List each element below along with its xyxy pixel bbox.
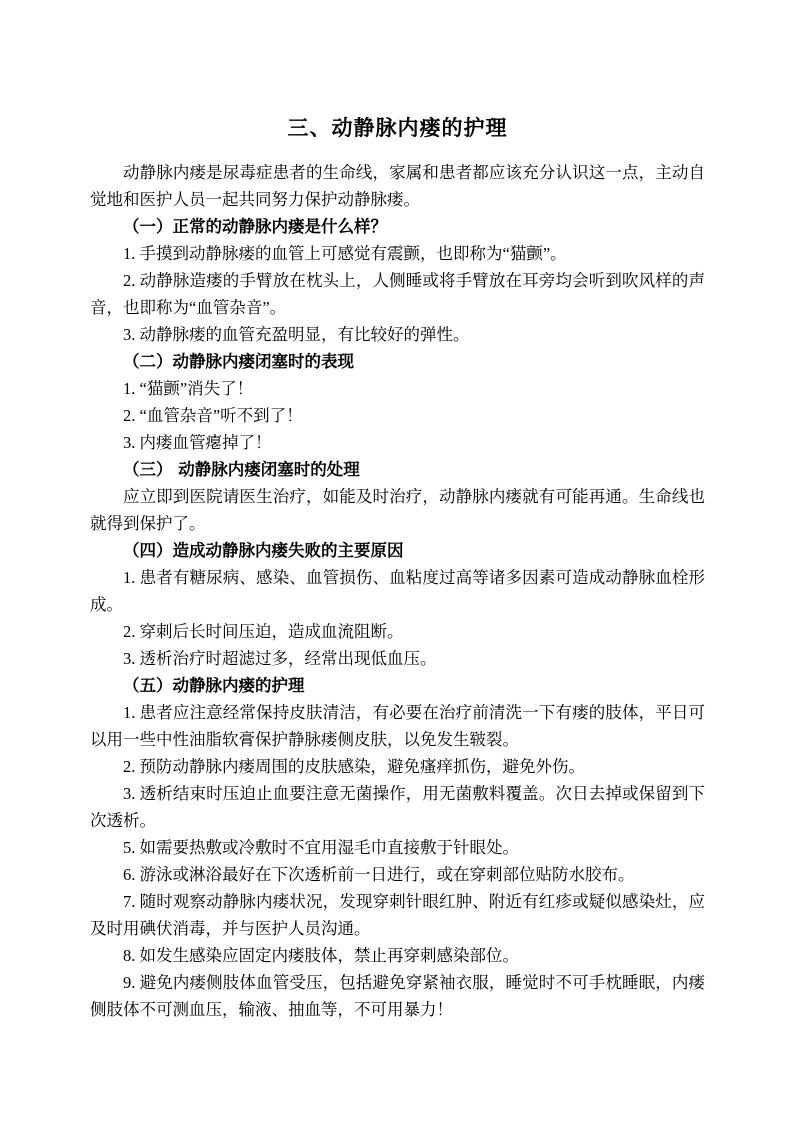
section-2-heading: （二）动静脉内瘘闭塞时的表现 xyxy=(90,348,705,375)
section-4-heading: （四）造成动静脉内瘘失败的主要原因 xyxy=(90,537,705,564)
doc-title: 三、动静脉内瘘的护理 xyxy=(90,112,705,144)
list-item: 2. 预防动静脉内瘘周围的皮肤感染，避免瘙痒抓伤，避免外伤。 xyxy=(90,753,705,780)
list-item: 2. 穿刺后长时间压迫，造成血流阻断。 xyxy=(90,618,705,645)
list-item: 9. 避免内瘘侧肢体血管受压，包括避免穿紧袖衣服，睡觉时不可手枕睡眠，内瘘侧肢体… xyxy=(90,969,705,1023)
list-item: 7. 随时观察动静脉内瘘状况，发现穿刺针眼红肿、附近有红疹或疑似感染灶，应及时用… xyxy=(90,888,705,942)
list-item: 6. 游泳或淋浴最好在下次透析前一日进行，或在穿刺部位贴防水胶布。 xyxy=(90,861,705,888)
paragraph: 应立即到医院请医生治疗，如能及时治疗，动静脉内瘘就有可能再通。生命线也就得到保护… xyxy=(90,483,705,537)
list-item: 3. 内瘘血管瘪掉了！ xyxy=(90,429,705,456)
intro-paragraph: 动静脉内瘘是尿毒症患者的生命线，家属和患者都应该充分认识这一点，主动自觉地和医护… xyxy=(90,159,705,213)
list-item: 2. 动静脉造瘘的手臂放在枕头上，人侧睡或将手臂放在耳旁均会听到吹风样的声音，也… xyxy=(90,267,705,321)
list-item: 1. 患者有糖尿病、感染、血管损伤、血粘度过高等诸多因素可造成动静脉血栓形成。 xyxy=(90,564,705,618)
list-item: 8. 如发生感染应固定内瘘肢体，禁止再穿刺感染部位。 xyxy=(90,942,705,969)
list-item: 2. “血管杂音”听不到了！ xyxy=(90,402,705,429)
list-item: 3. 透析治疗时超滤过多，经常出现低血压。 xyxy=(90,645,705,672)
list-item: 3. 动静脉瘘的血管充盈明显，有比较好的弹性。 xyxy=(90,321,705,348)
section-1-heading: （一）正常的动静脉内瘘是什么样？ xyxy=(90,213,705,240)
document-page: 三、动静脉内瘘的护理 动静脉内瘘是尿毒症患者的生命线，家属和患者都应该充分认识这… xyxy=(0,0,794,1123)
list-item: 1. 手摸到动静脉瘘的血管上可感觉有震颤，也即称为“猫颤”。 xyxy=(90,240,705,267)
list-item: 1. 患者应注意经常保持皮肤清洁，有必要在治疗前清洗一下有瘘的肢体，平日可以用一… xyxy=(90,699,705,753)
section-3-heading: （三） 动静脉内瘘闭塞时的处理 xyxy=(90,456,705,483)
list-item: 5. 如需要热敷或冷敷时不宜用湿毛巾直接敷于针眼处。 xyxy=(90,834,705,861)
list-item: 3. 透析结束时压迫止血要注意无菌操作，用无菌敷料覆盖。次日去掉或保留到下次透析… xyxy=(90,780,705,834)
section-5-heading: （五）动静脉内瘘的护理 xyxy=(90,672,705,699)
list-item: 1. “猫颤”消失了！ xyxy=(90,375,705,402)
